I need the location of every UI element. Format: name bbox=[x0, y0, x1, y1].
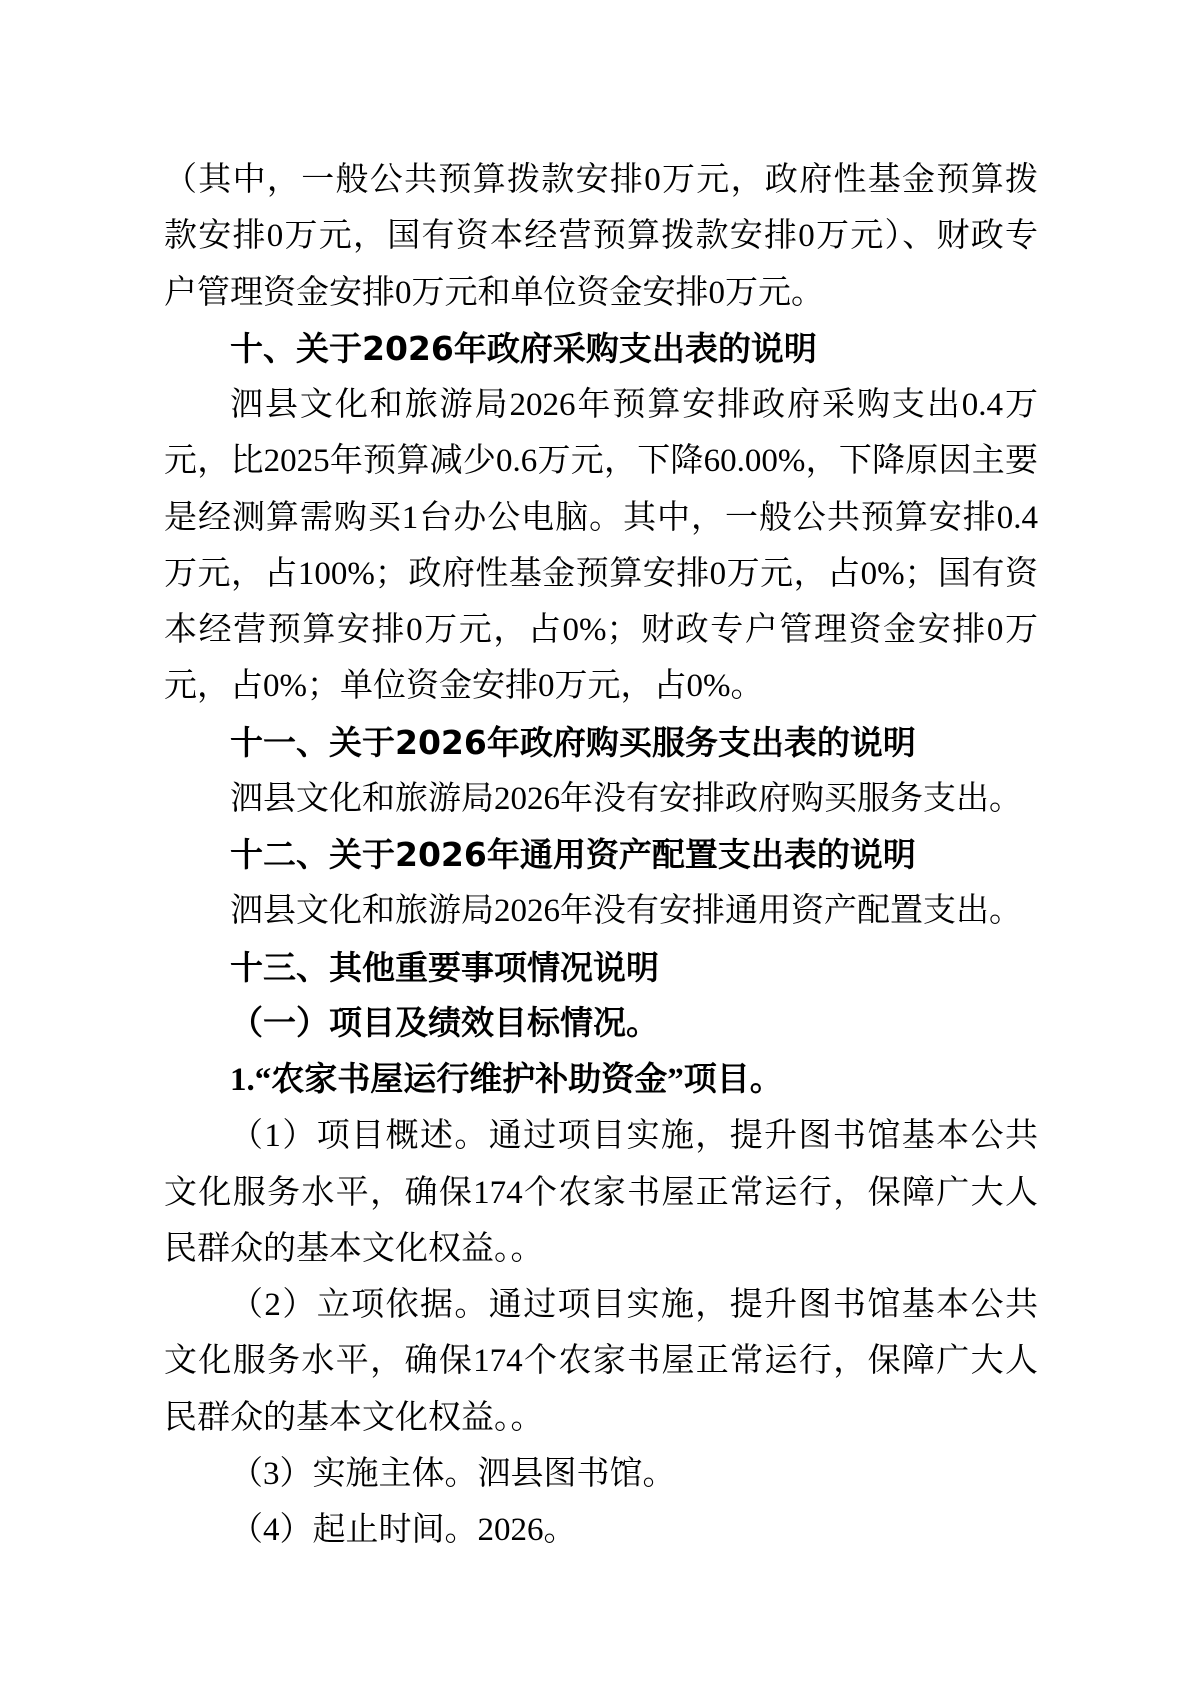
paragraph-project-approval-basis: （2）立项依据。通过项目实施，提升图书馆基本公共文化服务水平，确保174个农家书… bbox=[164, 1277, 1038, 1446]
subheading-project-1-rural-book-house-fund: 1.“农家书屋运行维护补助资金”项目。 bbox=[164, 1052, 1038, 1108]
paragraph-section-10-body: 泗县文化和旅游局2026年预算安排政府采购支出0.4万元，比2025年预算减少0… bbox=[164, 377, 1038, 715]
paragraph-project-implementing-body: （3）实施主体。泗县图书馆。 bbox=[164, 1446, 1038, 1502]
paragraph-project-time-period: （4）起止时间。2026。 bbox=[164, 1502, 1038, 1558]
heading-section-10-government-procurement: 十、关于2026年政府采购支出表的说明 bbox=[164, 321, 1038, 377]
paragraph-section-11-body: 泗县文化和旅游局2026年没有安排政府购买服务支出。 bbox=[164, 771, 1038, 827]
subheading-project-performance-targets: （一）项目及绩效目标情况。 bbox=[164, 996, 1038, 1052]
heading-section-13-other-important-matters: 十三、其他重要事项情况说明 bbox=[164, 940, 1038, 996]
paragraph-section-12-body: 泗县文化和旅游局2026年没有安排通用资产配置支出。 bbox=[164, 883, 1038, 939]
heading-section-12-general-asset-allocation: 十二、关于2026年通用资产配置支出表的说明 bbox=[164, 827, 1038, 883]
paragraph-project-overview: （1）项目概述。通过项目实施，提升图书馆基本公共文化服务水平，确保174个农家书… bbox=[164, 1108, 1038, 1277]
paragraph-budget-allocation-carryover: （其中，一般公共预算拨款安排0万元，政府性基金预算拨款安排0万元，国有资本经营预… bbox=[164, 152, 1038, 321]
heading-section-11-purchased-services: 十一、关于2026年政府购买服务支出表的说明 bbox=[164, 715, 1038, 771]
document-page: （其中，一般公共预算拨款安排0万元，政府性基金预算拨款安排0万元，国有资本经营预… bbox=[0, 0, 1190, 1684]
